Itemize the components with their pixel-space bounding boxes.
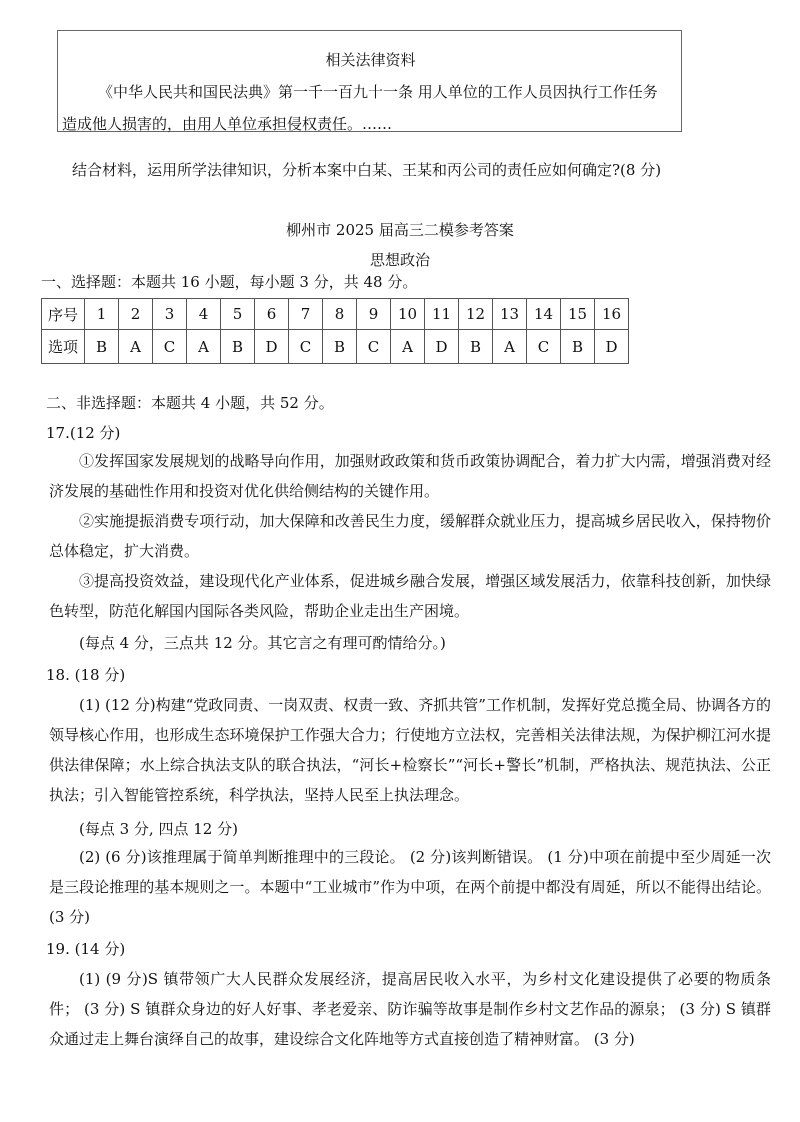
cell-number: 5 <box>221 299 255 330</box>
cell-number: 8 <box>323 299 357 330</box>
table-row-answers: 选项 B A C A B D C B C A D B A C B D <box>42 330 629 364</box>
q19-label: 19. (14 分) <box>46 938 125 959</box>
cell-answer: B <box>323 330 357 364</box>
row-label-number: 序号 <box>42 299 85 330</box>
law-reference-box: 相关法律资料 《中华人民共和国民法典》第一千一百九十一条 用人单位的工作人员因执… <box>57 30 682 132</box>
q17-label: 17.(12 分) <box>46 422 120 443</box>
cell-number: 2 <box>119 299 153 330</box>
cell-number: 16 <box>595 299 629 330</box>
law-box-line-1: 《中华人民共和国民法典》第一千一百九十一条 用人单位的工作人员因执行工作任务 <box>98 81 658 102</box>
cell-answer: A <box>391 330 425 364</box>
cell-number: 12 <box>459 299 493 330</box>
cell-answer: C <box>357 330 391 364</box>
law-box-line-2: 造成他人损害的，由用人单位承担侵权责任。…… <box>62 113 392 134</box>
q18-scoring-note: (每点 3 分, 四点 12 分) <box>79 818 238 839</box>
cell-answer: D <box>595 330 629 364</box>
cell-answer: B <box>459 330 493 364</box>
table-row-numbers: 序号 1 2 3 4 5 6 7 8 9 10 11 12 13 14 15 1… <box>42 299 629 330</box>
cell-answer: A <box>119 330 153 364</box>
q17-point-1: ①发挥国家发展规划的战略导向作用，加强财政政策和货币政策协调配合，着力扩大内需，… <box>49 446 771 506</box>
cell-number: 4 <box>187 299 221 330</box>
cell-number: 14 <box>527 299 561 330</box>
cell-answer: B <box>561 330 595 364</box>
cell-number: 10 <box>391 299 425 330</box>
cell-number: 1 <box>85 299 119 330</box>
cell-answer: B <box>85 330 119 364</box>
cell-number: 15 <box>561 299 595 330</box>
cell-answer: D <box>255 330 289 364</box>
row-label-answer: 选项 <box>42 330 85 364</box>
cell-number: 9 <box>357 299 391 330</box>
cell-number: 11 <box>425 299 459 330</box>
q18-part-1: (1) (12 分)构建“党政同责、一岗双责、权责一致、齐抓共管”工作机制，发挥… <box>49 690 771 810</box>
q18-label: 18. (18 分) <box>46 664 125 685</box>
q17-point-2: ②实施提振消费专项行动，加大保障和改善民生力度，缓解群众就业压力，提高城乡居民收… <box>49 506 771 566</box>
law-box-title: 相关法律资料 <box>58 49 683 70</box>
answer-title: 柳州市 2025 届高三二模参考答案 <box>0 219 800 240</box>
section-1-heading: 一、选择题：本题共 16 小题，每小题 3 分，共 48 分。 <box>41 271 417 292</box>
cell-answer: B <box>221 330 255 364</box>
cell-number: 7 <box>289 299 323 330</box>
q19-part-1: (1) (9 分)S 镇带领广大人民群众发展经济，提高居民收入水平，为乡村文化建… <box>49 964 771 1054</box>
cell-answer: C <box>153 330 187 364</box>
q17-point-3: ③提高投资效益，建设现代化产业体系，促进城乡融合发展，增强区域发展活力，依靠科技… <box>49 566 771 626</box>
cell-number: 13 <box>493 299 527 330</box>
q18-part-2: (2) (6 分)该推理属于简单判断推理中的三段论。 (2 分)该判断错误。 (… <box>49 842 771 932</box>
subject-title: 思想政治 <box>0 249 800 270</box>
cell-answer: C <box>527 330 561 364</box>
cell-answer: C <box>289 330 323 364</box>
q17-scoring-note: (每点 4 分，三点共 12 分。其它言之有理可酌情给分。) <box>79 632 446 653</box>
question-prompt: 结合材料，运用所学法律知识，分析本案中白某、王某和丙公司的责任应如何确定?(8 … <box>72 159 661 180</box>
cell-answer: D <box>425 330 459 364</box>
section-2-heading: 二、非选择题：本题共 4 小题，共 52 分。 <box>46 392 334 413</box>
answer-table: 序号 1 2 3 4 5 6 7 8 9 10 11 12 13 14 15 1… <box>41 298 629 364</box>
cell-number: 3 <box>153 299 187 330</box>
cell-answer: A <box>187 330 221 364</box>
cell-answer: A <box>493 330 527 364</box>
cell-number: 6 <box>255 299 289 330</box>
